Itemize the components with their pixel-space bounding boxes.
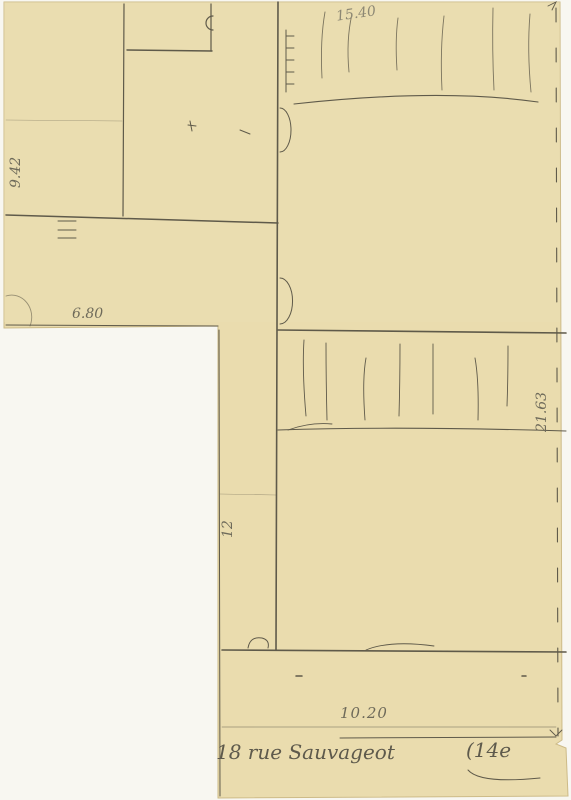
address-annotation: 18 rue Sauvageot (216, 740, 395, 764)
dimension-left-width: 6.80 (72, 306, 103, 322)
dimension-left-height: 9.42 (8, 157, 24, 188)
arrondissement-annotation: (14e (466, 738, 511, 762)
dimension-base-width: 10.20 (340, 704, 388, 722)
floor-plan-drawing (0, 0, 571, 800)
floor-plan-sheet: 15.40 9.42 6.80 21.63 12 10.20 18 rue Sa… (0, 0, 571, 800)
dimension-middle-height: 12 (220, 520, 236, 538)
dimension-right-height: 21.63 (534, 392, 550, 432)
